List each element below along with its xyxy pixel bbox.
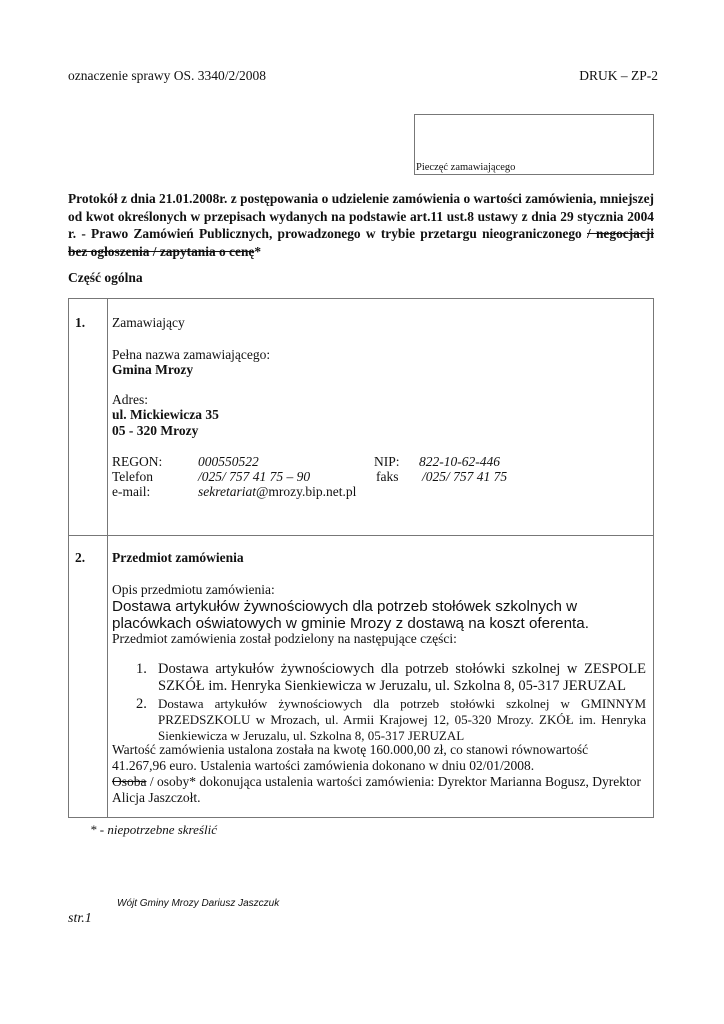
email-label: e-mail:: [112, 484, 150, 500]
stamp-box: Pieczęć zamawiającego: [414, 114, 654, 175]
email-domain: @mrozy.bip.net.pl: [256, 484, 356, 499]
persons-line2: Alicja Jaszczołt.: [112, 790, 200, 807]
fax-label: faks: [376, 469, 399, 485]
nip-value: 822-10-62-446: [419, 454, 500, 470]
email-value[interactable]: sekretariat@mrozy.bip.net.pl: [198, 484, 356, 500]
footnote: * - niepotrzebne skreślić: [90, 822, 217, 838]
part-number: 1.: [136, 661, 147, 678]
phone-label: Telefon: [112, 469, 153, 485]
full-name: Gmina Mrozy: [112, 362, 193, 379]
part-item: 2. Dostawa artykułów żywnościowych dla p…: [136, 696, 646, 744]
title-asterisk: *: [254, 244, 261, 259]
address-line2: 05 - 320 Mrozy: [112, 423, 198, 440]
row1-number: 1.: [75, 315, 85, 331]
part-text: Dostawa artykułów żywnościowych dla potr…: [158, 661, 646, 695]
persons-line1: Osoba / osoby* dokonująca ustalenia wart…: [112, 774, 641, 791]
description-line1: Dostawa artykułów żywnościowych dla potr…: [112, 598, 577, 615]
stamp-label: Pieczęć zamawiającego: [416, 162, 515, 174]
description-label: Opis przedmiotu zamówienia:: [112, 582, 275, 599]
persons-struck: Osoba: [112, 774, 147, 789]
persons-text: osoby* dokonująca ustalenia wartości zam…: [157, 774, 641, 789]
parts-intro: Przedmiot zamówienia został podzielony n…: [112, 631, 457, 648]
case-reference: oznaczenie sprawy OS. 3340/2/2008: [68, 68, 266, 84]
general-info-table: 1. Zamawiający Pełna nazwa zamawiającego…: [68, 298, 654, 818]
form-code: DRUK – ZP-2: [579, 68, 658, 84]
email-user: sekretariat: [198, 484, 256, 499]
row2-heading: Przedmiot zamówienia: [112, 550, 244, 567]
address-line1: ul. Mickiewicza 35: [112, 407, 219, 424]
persons-slash: /: [147, 774, 158, 789]
signature: Wójt Gminy Mrozy Dariusz Jaszczuk: [117, 898, 279, 909]
nip-label: NIP:: [374, 454, 400, 470]
row2-number: 2.: [75, 550, 85, 566]
fax-value: /025/ 757 41 75: [422, 469, 507, 485]
row-divider: [69, 535, 653, 536]
part-item: 1. Dostawa artykułów żywnościowych dla p…: [136, 661, 646, 695]
description-line2: placówkach oświatowych w gminie Mrozy z …: [112, 615, 589, 632]
column-divider: [107, 299, 108, 817]
page-number: str.1: [68, 911, 92, 927]
row1-heading: Zamawiający: [112, 315, 185, 332]
regon-label: REGON:: [112, 454, 162, 470]
value-line1: Wartość zamówienia ustalona została na k…: [112, 742, 588, 759]
phone-value: /025/ 757 41 75 – 90: [198, 469, 310, 485]
regon-value: 000550522: [198, 454, 259, 470]
protocol-title: Protokół z dnia 21.01.2008r. z postępowa…: [68, 190, 654, 260]
part-number: 2.: [136, 696, 147, 712]
title-main: Protokół z dnia 21.01.2008r. z postępowa…: [68, 191, 654, 241]
part-text: Dostawa artykułów żywnościowych dla potr…: [158, 696, 646, 744]
value-line2: 41.267,96 euro. Ustalenia wartości zamów…: [112, 758, 534, 775]
section-heading: Część ogólna: [68, 270, 143, 286]
